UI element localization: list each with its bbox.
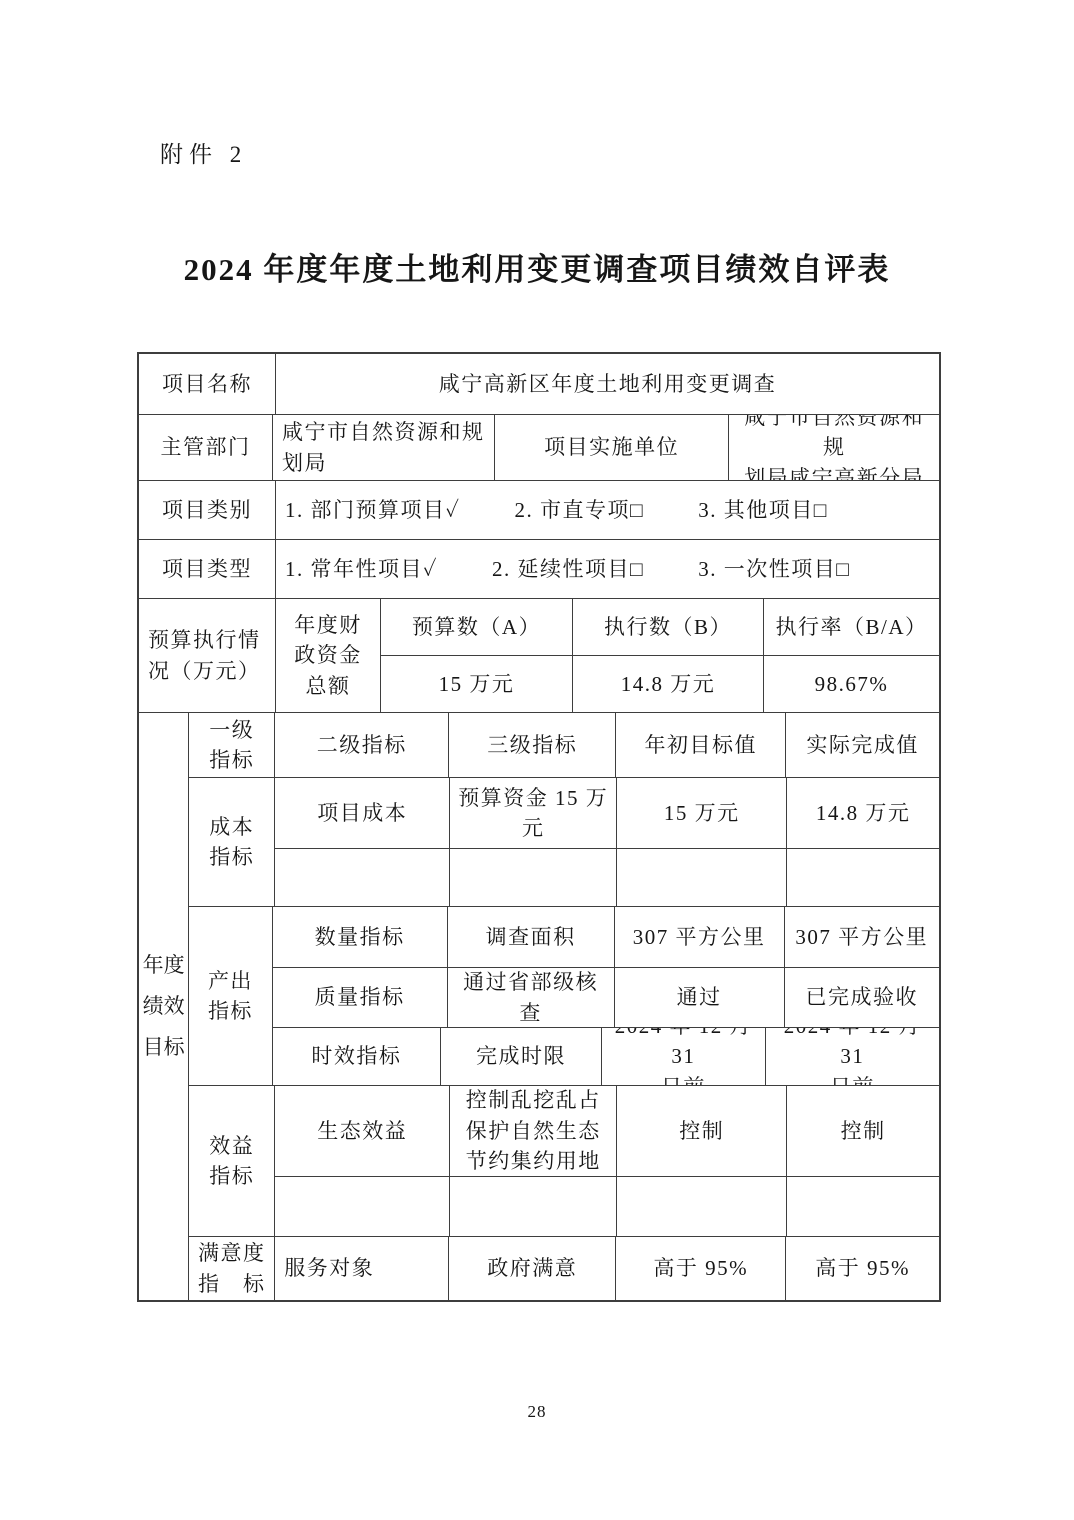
execution-rate-header: 执行率（B/A）: [763, 599, 939, 655]
empty-cell: [449, 849, 616, 906]
level3-indicator-header: 三级指标: [448, 713, 615, 777]
implementation-unit-label: 项目实施单位: [494, 415, 729, 480]
performance-section: 年度绩效目标 一级 指标 二级指标 三级指标 年初目标值 实际完成值 成本 指标…: [139, 712, 939, 1300]
row-project-name: 项目名称 咸宁高新区年度土地利用变更调查: [139, 354, 939, 414]
target-value-header: 年初目标值: [615, 713, 785, 777]
type-option-1: 1. 常年性项目✓: [285, 554, 438, 584]
table-row-empty: [275, 1176, 939, 1236]
quality-target: 通过: [614, 968, 784, 1027]
output-indicator-label: 产出 指标: [189, 907, 271, 1085]
type-option-2: 2. 延续性项目□: [492, 554, 644, 584]
empty-cell: [449, 1177, 616, 1236]
budget-amount-value: 15 万元: [381, 656, 572, 712]
table-row-empty: [275, 848, 939, 906]
quantity-target: 307 平方公里: [614, 907, 784, 967]
timeliness-l3: 完成时限: [440, 1028, 601, 1085]
quantity-l3: 调查面积: [447, 907, 614, 967]
executed-amount-header: 执行数（B）: [572, 599, 763, 655]
quantity-l2: 数量指标: [273, 907, 447, 967]
eco-l2: 生态效益: [275, 1086, 449, 1176]
category-option-2: 2. 市直专项□: [515, 495, 645, 525]
timeliness-actual: 2024 年 12 月 31 日前: [765, 1028, 939, 1085]
satisfaction-target: 高于 95%: [615, 1237, 785, 1300]
quality-l2: 质量指标: [273, 968, 447, 1027]
timeliness-target: 2024 年 12 月 31 日前: [601, 1028, 765, 1085]
empty-cell: [275, 849, 449, 906]
quality-l3: 通过省部级核 查: [447, 968, 614, 1027]
cost-indicator-group: 成本 指标 项目成本 预算资金 15 万 元 15 万元 14.8 万元: [189, 777, 939, 906]
evaluation-table: 项目名称 咸宁高新区年度土地利用变更调查 主管部门 咸宁市自然资源和规 划局 项…: [137, 352, 941, 1302]
project-category-label: 项目类别: [139, 481, 275, 539]
category-option-1: 1. 部门预算项目✓: [285, 495, 461, 525]
performance-side-label: 年度绩效目标: [139, 713, 188, 1300]
table-row: 质量指标 通过省部级核 查 通过 已完成验收: [273, 967, 939, 1027]
attachment-label: 附件 2: [160, 136, 247, 169]
department-value: 咸宁市自然资源和规 划局: [272, 415, 494, 480]
eco-l3: 控制乱挖乱占 保护自然生态 节约集约用地: [449, 1086, 616, 1176]
cost-actual: 14.8 万元: [786, 778, 939, 848]
empty-cell: [616, 1177, 786, 1236]
type-option-3: 3. 一次性项目□: [698, 554, 850, 584]
project-type-options: 1. 常年性项目✓ 2. 延续性项目□ 3. 一次性项目□: [275, 540, 939, 598]
cost-target: 15 万元: [616, 778, 786, 848]
document-page: 附件 2 2024 年度年度土地利用变更调查项目绩效自评表 项目名称 咸宁高新区…: [0, 0, 1074, 1520]
budget-value-row: 15 万元 14.8 万元 98.67%: [381, 655, 939, 712]
benefit-indicator-label: 效益 指标: [189, 1086, 274, 1236]
table-row: 数量指标 调查面积 307 平方公里 307 平方公里: [273, 907, 939, 967]
satisfaction-l3: 政府满意: [448, 1237, 615, 1300]
project-name-label: 项目名称: [139, 354, 275, 414]
benefit-indicator-group: 效益 指标 生态效益 控制乱挖乱占 保护自然生态 节约集约用地 控制 控制: [189, 1085, 939, 1236]
empty-cell: [786, 849, 939, 906]
level2-indicator-header: 二级指标: [274, 713, 448, 777]
page-number: 28: [0, 1402, 1074, 1422]
satisfaction-indicator-label: 满意度 指 标: [189, 1237, 274, 1300]
execution-rate-value: 98.67%: [763, 656, 939, 712]
quantity-actual: 307 平方公里: [784, 907, 939, 967]
actual-value-header: 实际完成值: [785, 713, 939, 777]
project-category-options: 1. 部门预算项目✓ 2. 市直专项□ 3. 其他项目□: [275, 481, 939, 539]
implementation-unit-value: 咸宁市自然资源和规 划局咸宁高新分局: [728, 415, 939, 480]
cost-indicator-rows: 项目成本 预算资金 15 万 元 15 万元 14.8 万元: [274, 778, 939, 906]
project-name-value: 咸宁高新区年度土地利用变更调查: [275, 354, 939, 414]
budget-header-row: 预算数（A） 执行数（B） 执行率（B/A）: [381, 599, 939, 655]
row-budget-execution: 预算执行情 况（万元） 年度财 政资金 总额 预算数（A） 执行数（B） 执行率…: [139, 598, 939, 712]
indicator-header-row: 一级 指标 二级指标 三级指标 年初目标值 实际完成值: [189, 713, 939, 777]
satisfaction-actual: 高于 95%: [785, 1237, 939, 1300]
cost-l3: 预算资金 15 万 元: [449, 778, 616, 848]
project-type-label: 项目类型: [139, 540, 275, 598]
budget-execution-label: 预算执行情 况（万元）: [139, 599, 275, 712]
row-project-category: 项目类别 1. 部门预算项目✓ 2. 市直专项□ 3. 其他项目□: [139, 480, 939, 539]
level1-indicator-header: 一级 指标: [189, 713, 274, 777]
timeliness-l2: 时效指标: [273, 1028, 441, 1085]
cost-indicator-label: 成本 指标: [189, 778, 274, 906]
row-project-type: 项目类型 1. 常年性项目✓ 2. 延续性项目□ 3. 一次性项目□: [139, 539, 939, 598]
table-row: 项目成本 预算资金 15 万 元 15 万元 14.8 万元: [275, 778, 939, 848]
cost-l2: 项目成本: [275, 778, 449, 848]
category-option-3: 3. 其他项目□: [698, 495, 828, 525]
quality-actual: 已完成验收: [784, 968, 939, 1027]
table-row: 时效指标 完成时限 2024 年 12 月 31 日前 2024 年 12 月 …: [273, 1027, 939, 1085]
eco-target: 控制: [616, 1086, 786, 1176]
benefit-indicator-rows: 生态效益 控制乱挖乱占 保护自然生态 节约集约用地 控制 控制: [274, 1086, 939, 1236]
row-department: 主管部门 咸宁市自然资源和规 划局 项目实施单位 咸宁市自然资源和规 划局咸宁高…: [139, 414, 939, 480]
department-label: 主管部门: [139, 415, 272, 480]
empty-cell: [616, 849, 786, 906]
empty-cell: [275, 1177, 449, 1236]
empty-cell: [786, 1177, 939, 1236]
annual-fund-total-label: 年度财 政资金 总额: [275, 599, 380, 712]
executed-amount-value: 14.8 万元: [572, 656, 763, 712]
satisfaction-l2: 服务对象: [274, 1237, 448, 1300]
table-row: 生态效益 控制乱挖乱占 保护自然生态 节约集约用地 控制 控制: [275, 1086, 939, 1176]
eco-actual: 控制: [786, 1086, 939, 1176]
budget-columns: 预算数（A） 执行数（B） 执行率（B/A） 15 万元 14.8 万元 98.…: [380, 599, 939, 712]
page-title: 2024 年度年度土地利用变更调查项目绩效自评表: [0, 244, 1074, 289]
performance-grid: 一级 指标 二级指标 三级指标 年初目标值 实际完成值 成本 指标 项目成本 预…: [188, 713, 939, 1300]
budget-amount-header: 预算数（A）: [381, 599, 572, 655]
output-indicator-rows: 数量指标 调查面积 307 平方公里 307 平方公里 质量指标 通过省部级核 …: [272, 907, 939, 1085]
output-indicator-group: 产出 指标 数量指标 调查面积 307 平方公里 307 平方公里 质量指标 通…: [189, 906, 939, 1085]
satisfaction-indicator-group: 满意度 指 标 服务对象 政府满意 高于 95% 高于 95%: [189, 1236, 939, 1300]
